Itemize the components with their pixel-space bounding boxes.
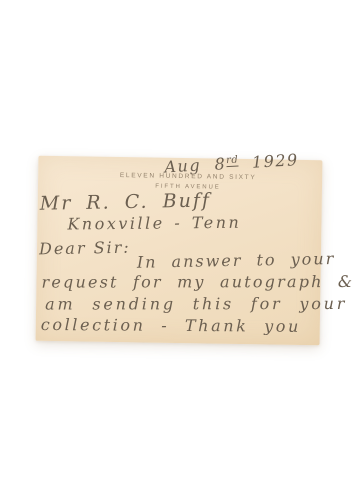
body-line-1: In answer to your (137, 250, 336, 271)
body-line-3: am sending this for your (45, 295, 347, 313)
note-card: Aug 8rd 1929 ELEVEN HUNDRED AND SIXTY FI… (36, 156, 323, 345)
body-line-2: request for my autograph & (41, 273, 354, 291)
date-ordinal: rd (226, 154, 239, 167)
recipient-location-line: Knoxville - Tenn (67, 214, 241, 233)
date-year: 1929 (251, 150, 299, 171)
salutation-line: Dear Sir: (39, 239, 131, 258)
letterhead-line-1: ELEVEN HUNDRED AND SIXTY (46, 171, 330, 182)
recipient-name-line: Mr R. C. Buff (40, 191, 212, 215)
body-line-4: collection - Thank you (41, 316, 301, 335)
photo-background: Aug 8rd 1929 ELEVEN HUNDRED AND SIXTY FI… (0, 0, 364, 500)
